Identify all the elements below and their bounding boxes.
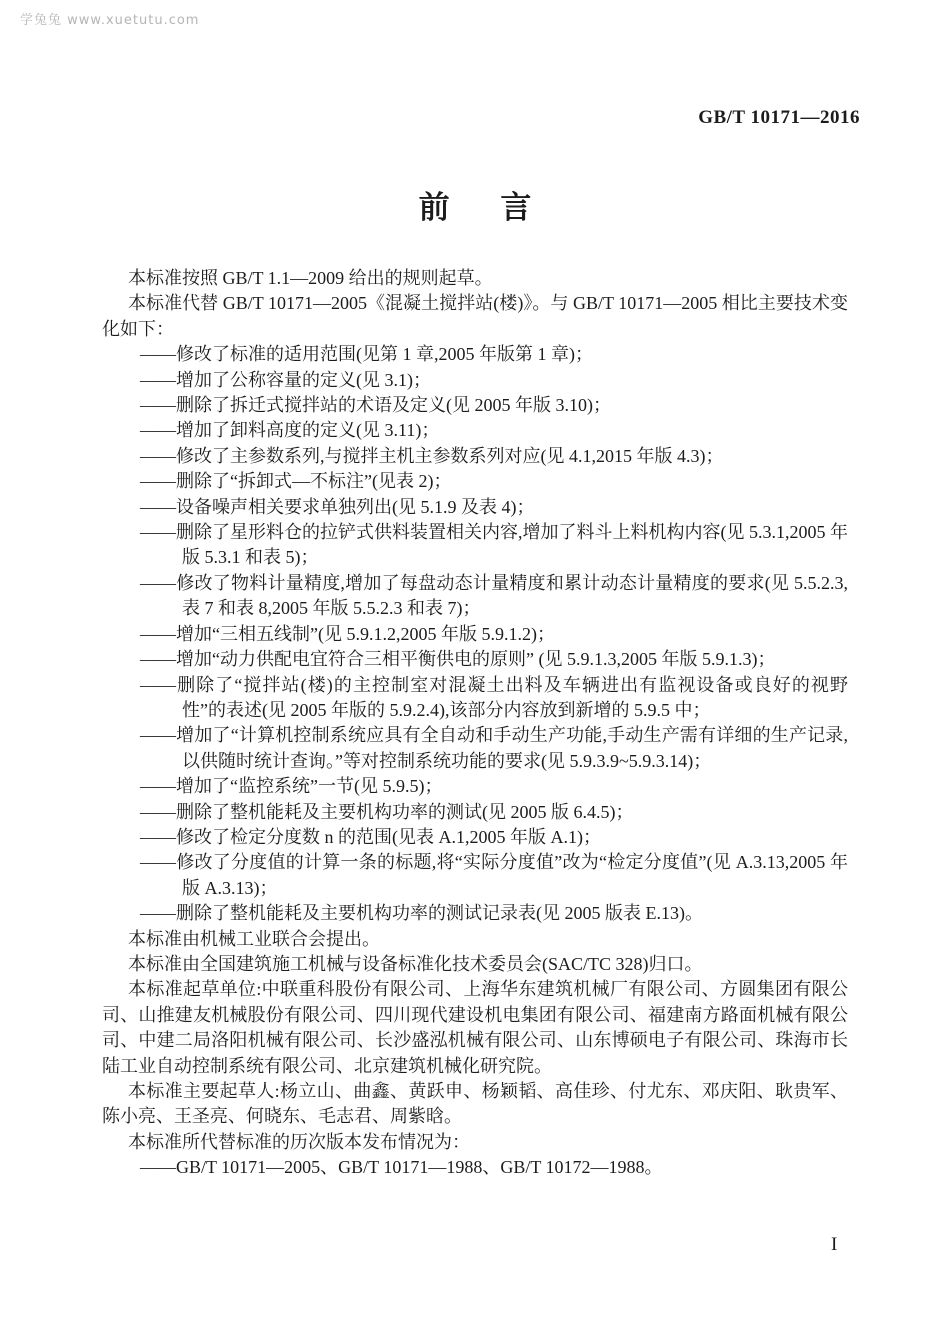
change-list-item: ——修改了主参数系列,与搅拌主机主参数系列对应(见 4.1,2015 年版 4.… (102, 444, 848, 469)
standard-number: GB/T 10171—2016 (698, 107, 860, 129)
foreword-paragraph: 本标准由全国建筑施工机械与设备标准化技术委员会(SAC/TC 328)归口。 (102, 952, 848, 977)
change-list-item: ——修改了检定分度数 n 的范围(见表 A.1,2005 年版 A.1)； (102, 825, 848, 850)
foreword-paragraph: 本标准代替 GB/T 10171—2005《混凝土搅拌站(楼)》。与 GB/T … (102, 291, 848, 342)
change-list-item: ——增加了公称容量的定义(见 3.1)； (102, 368, 848, 393)
change-list-item: ——增加了“计算机控制系统应具有全自动和手动生产功能,手动生产需有详细的生产记录… (102, 723, 848, 774)
foreword-paragraph: 本标准主要起草人:杨立山、曲鑫、黄跃申、杨颖韬、高佳珍、付尤东、邓庆阳、耿贵军、… (102, 1079, 848, 1130)
page-title: 前 言 (0, 182, 950, 227)
change-list-item: ——增加“动力供配电宜符合三相平衡供电的原则” (见 5.9.1.3,2005 … (102, 647, 848, 672)
change-list-item: ——设备噪声相关要求单独列出(见 5.1.9 及表 4)； (102, 495, 848, 520)
foreword-paragraph: 本标准所代替标准的历次版本发布情况为： (102, 1130, 848, 1155)
change-list-item: ——修改了标准的适用范围(见第 1 章,2005 年版第 1 章)； (102, 342, 848, 367)
change-list-item: ——增加了“监控系统”一节(见 5.9.5)； (102, 774, 848, 799)
change-list-item: ——删除了星形料仓的拉铲式供料装置相关内容,增加了料斗上料机构内容(见 5.3.… (102, 520, 848, 571)
change-list-item: ——删除了“拆卸式—不标注”(见表 2)； (102, 469, 848, 494)
change-list-item: ——删除了拆迁式搅拌站的术语及定义(见 2005 年版 3.10)； (102, 393, 848, 418)
change-list-item: ——删除了“搅拌站(楼)的主控制室对混凝土出料及车辆进出有监视设备或良好的视野性… (102, 673, 848, 724)
foreword-paragraph: 本标准由机械工业联合会提出。 (102, 927, 848, 952)
foreword-body: 本标准按照 GB/T 1.1—2009 给出的规则起草。本标准代替 GB/T 1… (102, 266, 848, 1181)
change-list-item: ——修改了物料计量精度,增加了每盘动态计量精度和累计动态计量精度的要求(见 5.… (102, 571, 848, 622)
change-list-item: ——增加了卸料高度的定义(见 3.11)； (102, 418, 848, 443)
change-list-item: ——修改了分度值的计算一条的标题,将“实际分度值”改为“检定分度值”(见 A.3… (102, 850, 848, 901)
page-number: I (831, 1234, 837, 1256)
document-page: 学兔兔 www.xuetutu.com GB/T 10171—2016 前 言 … (0, 0, 950, 1344)
change-list-item: ——GB/T 10171—2005、GB/T 10171—1988、GB/T 1… (102, 1155, 848, 1180)
foreword-paragraph: 本标准按照 GB/T 1.1—2009 给出的规则起草。 (102, 266, 848, 291)
change-list-item: ——增加“三相五线制”(见 5.9.1.2,2005 年版 5.9.1.2)； (102, 622, 848, 647)
change-list-item: ——删除了整机能耗及主要机构功率的测试(见 2005 版 6.4.5)； (102, 800, 848, 825)
foreword-paragraph: 本标准起草单位:中联重科股份有限公司、上海华东建筑机械厂有限公司、方圆集团有限公… (102, 977, 848, 1079)
watermark: 学兔兔 www.xuetutu.com (20, 9, 199, 28)
change-list-item: ——删除了整机能耗及主要机构功率的测试记录表(见 2005 版表 E.13)。 (102, 901, 848, 926)
